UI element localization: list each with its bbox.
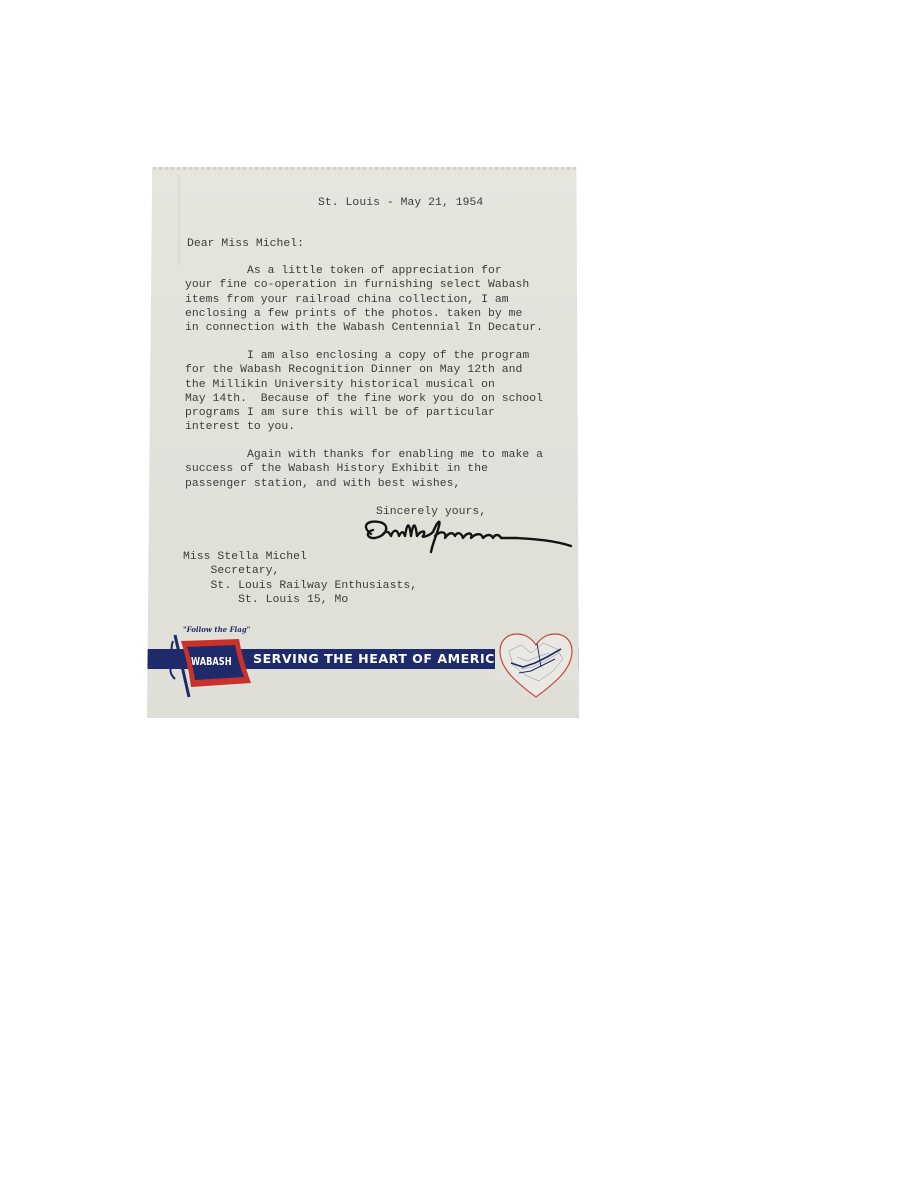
slogan: SERVING THE HEART OF AMERICA bbox=[253, 650, 505, 668]
recipient-title: Secretary, bbox=[183, 565, 279, 577]
heart-map-icon bbox=[497, 631, 575, 701]
date-line: St. Louis - May 21, 1954 bbox=[318, 196, 483, 210]
paragraph-2: I am also enclosing a copy of the progra… bbox=[185, 349, 543, 435]
paper-crease bbox=[177, 175, 181, 265]
flag-text: WABASH bbox=[191, 655, 232, 668]
letterhead-footer: SERVING THE HEART OF AMERICA "Follow the… bbox=[147, 625, 579, 700]
flag-motto: "Follow the Flag" bbox=[183, 625, 250, 634]
recipient-city: St. Louis 15, Mo bbox=[183, 594, 348, 606]
recipient-address: Miss Stella Michel Secretary, St. Louis … bbox=[183, 550, 417, 607]
wabash-flag-logo: "Follow the Flag" WABASH bbox=[169, 625, 257, 700]
recipient-organization: St. Louis Railway Enthusiasts, bbox=[183, 580, 417, 592]
recipient-name: Miss Stella Michel bbox=[183, 551, 307, 563]
paragraph-1: As a little token of appreciation for yo… bbox=[185, 264, 543, 335]
paragraph-3: Again with thanks for enabling me to mak… bbox=[185, 448, 543, 491]
salutation: Dear Miss Michel: bbox=[187, 237, 304, 251]
letter-page: St. Louis - May 21, 1954 Dear Miss Miche… bbox=[147, 167, 579, 718]
